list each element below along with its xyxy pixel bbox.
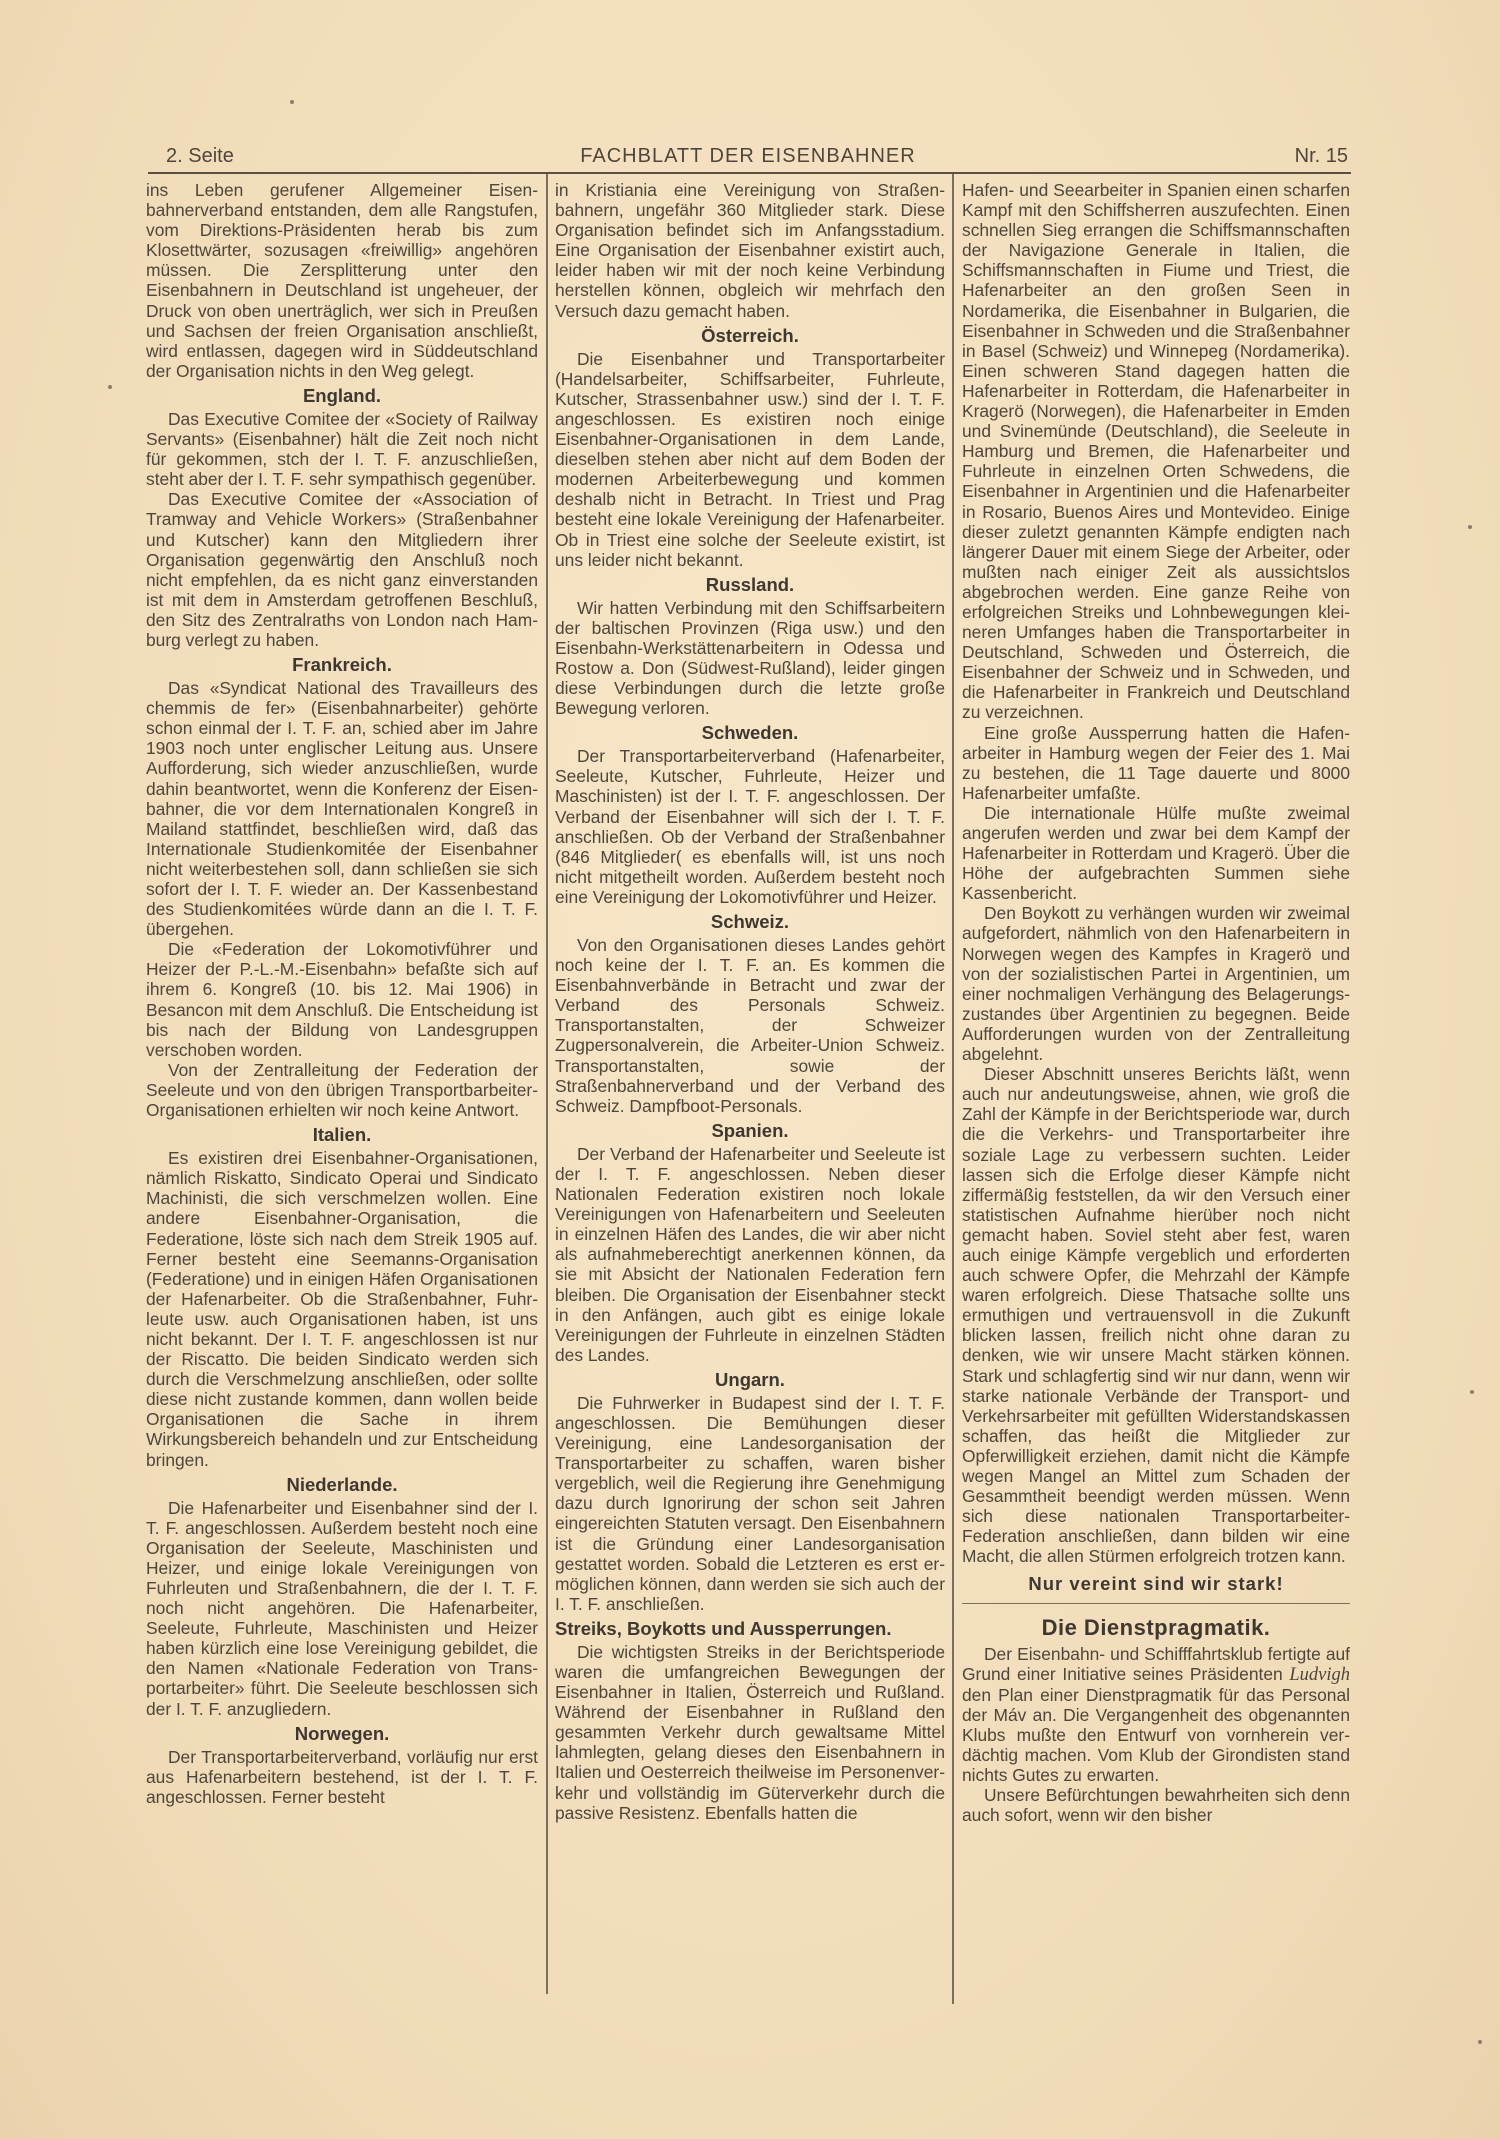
paragraph: Von der Zentralleitung der Federation de… [146, 1060, 538, 1120]
paragraph: in Kristiania eine Vereinigung von Straß… [555, 180, 945, 321]
paragraph: ins Leben gerufener Allgemeiner Eisen­ba… [146, 180, 538, 381]
section-heading-schweden: Schweden. [555, 722, 945, 744]
paragraph: Es existiren drei Eisenbahner-Organi­sat… [146, 1148, 538, 1470]
column-2: in Kristiania eine Vereinigung von Straß… [555, 180, 945, 1823]
section-heading-frankreich: Frankreich. [146, 654, 538, 676]
paragraph: Die wichtigsten Streiks in der Berichts­… [555, 1642, 945, 1823]
person-name: Ludvigh [1289, 1665, 1350, 1685]
section-heading-italien: Italien. [146, 1124, 538, 1146]
column-divider [952, 174, 954, 2004]
paragraph: Der Transportarbeiterverband, vorläufig … [146, 1747, 538, 1807]
text-run: den Plan einer Dienst­pragmatik für das … [962, 1685, 1350, 1785]
paragraph: Die Hafenarbeiter und Eisenbahner sind d… [146, 1498, 538, 1719]
header-rule [148, 172, 1351, 174]
paragraph: Das «Syndicat National des Travailleurs … [146, 678, 538, 939]
masthead-title: FACHBLATT DER EISENBAHNER [148, 145, 1348, 168]
section-heading-streiks: Streiks, Boykotts und Aussperrungen. [555, 1618, 945, 1640]
paragraph: Die «Federation der Lokomotivführer und … [146, 939, 538, 1060]
column-3: Hafen- und Seearbeiter in Spanien einen … [962, 180, 1350, 1826]
article-title: Die Dienstpragmatik. [962, 1618, 1350, 1638]
paragraph: Die Eisenbahner und Transportarbeiter (H… [555, 349, 945, 570]
section-heading-norwegen: Norwegen. [146, 1723, 538, 1745]
paragraph: Die internationale Hülfe mußte zweimal a… [962, 803, 1350, 903]
paragraph: Unsere Befürchtungen bewahrheiten sich d… [962, 1785, 1350, 1825]
paragraph: Eine große Aussperrung hatten die Hafen­… [962, 723, 1350, 803]
article-divider [962, 1603, 1350, 1604]
paragraph: Hafen- und Seearbeiter in Spanien einen … [962, 180, 1350, 723]
paper-speck [290, 100, 294, 104]
column-1: ins Leben gerufener Allgemeiner Eisen­ba… [146, 180, 538, 1807]
paragraph: Der Transportarbeiterverband (Hafenar­be… [555, 746, 945, 907]
paragraph: Wir hatten Verbindung mit den Schiffs­ar… [555, 598, 945, 719]
section-heading-russland: Russland. [555, 574, 945, 596]
section-heading-schweiz: Schweiz. [555, 911, 945, 933]
paragraph: Von den Organisationen dieses Landes geh… [555, 935, 945, 1116]
paragraph: Das Executive Comitee der «Association o… [146, 489, 538, 650]
section-heading-niederlande: Niederlande. [146, 1474, 538, 1496]
section-heading-spanien: Spanien. [555, 1120, 945, 1142]
paper-speck [108, 385, 112, 389]
paper-speck [1478, 2040, 1482, 2044]
paragraph: Der Eisenbahn- und Schifffahrtsklub fer­… [962, 1644, 1350, 1786]
column-divider [546, 174, 548, 1994]
section-heading-ungarn: Ungarn. [555, 1369, 945, 1391]
paragraph: Den Boykott zu verhängen wurden wir zwei… [962, 903, 1350, 1064]
paper-speck [1470, 1390, 1474, 1394]
page-header: 2. Seite FACHBLATT DER EISENBAHNER Nr. 1… [148, 145, 1348, 173]
section-heading-england: England. [146, 385, 538, 407]
paragraph: Die Fuhrwerker in Budapest sind der I. T… [555, 1393, 945, 1614]
paragraph: Dieser Abschnitt unseres Berichts läßt, … [962, 1064, 1350, 1566]
section-heading-oesterreich: Österreich. [555, 325, 945, 347]
paragraph: Das Executive Comitee der «Society of Ra… [146, 409, 538, 489]
closing-slogan: Nur vereint sind wir stark! [962, 1574, 1350, 1594]
paragraph: Der Verband der Hafenarbeiter und See­le… [555, 1144, 945, 1365]
paper-speck [1468, 525, 1472, 529]
issue-number: Nr. 15 [1295, 145, 1348, 168]
